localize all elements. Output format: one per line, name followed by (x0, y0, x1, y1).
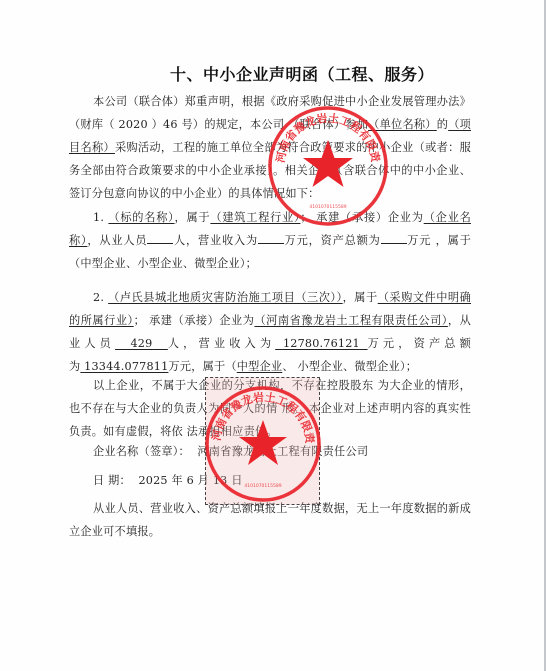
date-label: 日 期： (93, 474, 131, 487)
signature-label: 企业名称（签章）： (93, 445, 190, 458)
item-number: 1. (93, 211, 104, 224)
item-text: 万元，属于（ (168, 360, 236, 373)
item-text: 万元，资产总额为 (284, 234, 381, 247)
revenue-blank (258, 233, 284, 244)
document-page: 十、中小企业声明函（工程、服务） 本公司（联合体）郑重声明，根据《政府采购促进中… (0, 0, 544, 671)
item-text: ； 承建（承接）企业为 (134, 314, 255, 327)
subject-field: （卢氏县城北地质灾害防治施工项目（三次）） (108, 291, 342, 304)
item-text: ，从业人员 (87, 234, 147, 247)
item-text: ； 承建（承接）企业为 (300, 211, 423, 224)
item-text: ，属于 (175, 211, 211, 224)
employees-blank (147, 233, 173, 244)
intro-text: 采购活动，工程的施工单位全部为符合政策要求的中小企业（或者：服务全部由符合政策要… (69, 141, 471, 200)
assets-blank (381, 233, 407, 244)
item-text: 、 小型企业、微型企业）； (282, 360, 417, 373)
assets-field: 13344.077811 (80, 360, 168, 373)
stamp-selection-box[interactable] (205, 377, 320, 505)
intro-paragraph: 本公司（联合体）郑重声明，根据《政府采购促进中小企业发展管理办法》（财库（ 20… (69, 90, 471, 205)
assets-value: 13344.077811 (84, 360, 168, 373)
employees-field: 429 (115, 337, 168, 350)
revenue-value: 12780.76121 (283, 337, 360, 350)
item-number: 2. (93, 291, 104, 304)
size-selected: 中型企业 (237, 360, 283, 373)
item-2: 2. （卢氏县城北地质灾害防治施工项目（三次）），属于（采购文件中明确的所属行业… (69, 286, 471, 378)
subject-field: （标的名称） (108, 211, 174, 224)
intro-text: 的 (437, 118, 448, 131)
employees-value: 429 (130, 337, 152, 350)
revenue-field: 12780.76121 (275, 337, 367, 350)
unit-name-field: （单位名称） (368, 118, 437, 131)
item-text: 人，营业收入为 (168, 337, 275, 350)
page-title: 十、中小企业声明函（工程、服务） (0, 62, 544, 85)
industry-field: （建筑工程行业） (210, 211, 300, 224)
company-field: （河南省豫龙岩土工程有限责任公司） (254, 314, 447, 327)
item-text: ，属于 (343, 291, 378, 304)
item-1: 1. （标的名称），属于（建筑工程行业）； 承建（承接）企业为（企业名称），从业… (69, 206, 471, 275)
item-text: 人，营业收入为 (173, 234, 258, 247)
